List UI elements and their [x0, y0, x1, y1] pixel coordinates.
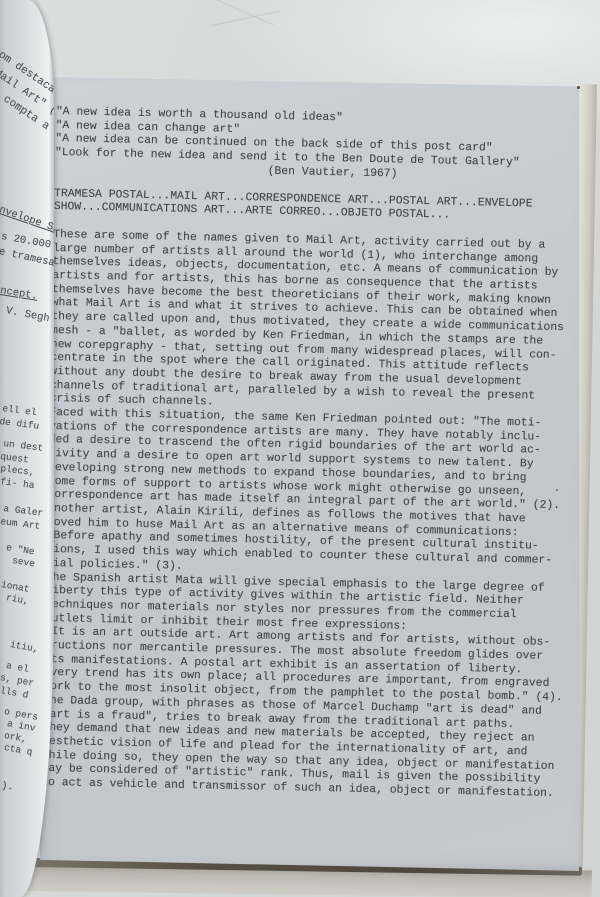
left-page-fragment: V. Segh — [5, 306, 50, 325]
left-page-fragment: lls d — [0, 686, 29, 700]
left-page-fragment: fi- ha — [0, 477, 35, 491]
body-text-block: These are some of the names given to Mai… — [41, 229, 567, 802]
left-page-fragment: ). — [1, 782, 14, 794]
left-page-curled-edge: om destaca Mail Art" ( t compta a nvelop… — [0, 0, 54, 897]
left-page-fragment: ionat — [0, 580, 30, 594]
typewritten-text-block: "A new idea is worth a thousand old idea… — [41, 106, 570, 802]
book-photo: { "page": { "quotes": [ "\"A new idea is… — [0, 0, 600, 897]
left-page-fragment: itiu, — [9, 640, 39, 654]
left-page-fragment: e "Ne — [6, 543, 36, 557]
page-corner-speck — [577, 86, 580, 89]
left-page-fragment: ell el — [2, 404, 37, 418]
mail-art-names-block: TRAMESA POSTAL...MAIL ART...CORRESPONDEN… — [54, 187, 568, 226]
left-page-fragment: nvelope Sh — [0, 205, 54, 235]
left-page-fragment: cta q — [3, 743, 33, 757]
right-page: "A new idea is worth a thousand old idea… — [40, 77, 579, 871]
quotes-block: "A new idea is worth a thousand old idea… — [55, 106, 570, 172]
paper-speck — [556, 489, 558, 491]
left-page-fragment: ncept. — [0, 286, 38, 302]
left-page-fragment: eum Art — [0, 517, 41, 531]
left-page-fragment: seve — [12, 556, 36, 569]
left-page-fragment: de difu — [0, 417, 40, 431]
left-page-fragment: riu, — [5, 593, 29, 606]
left-page-fragment: a el — [5, 661, 29, 674]
